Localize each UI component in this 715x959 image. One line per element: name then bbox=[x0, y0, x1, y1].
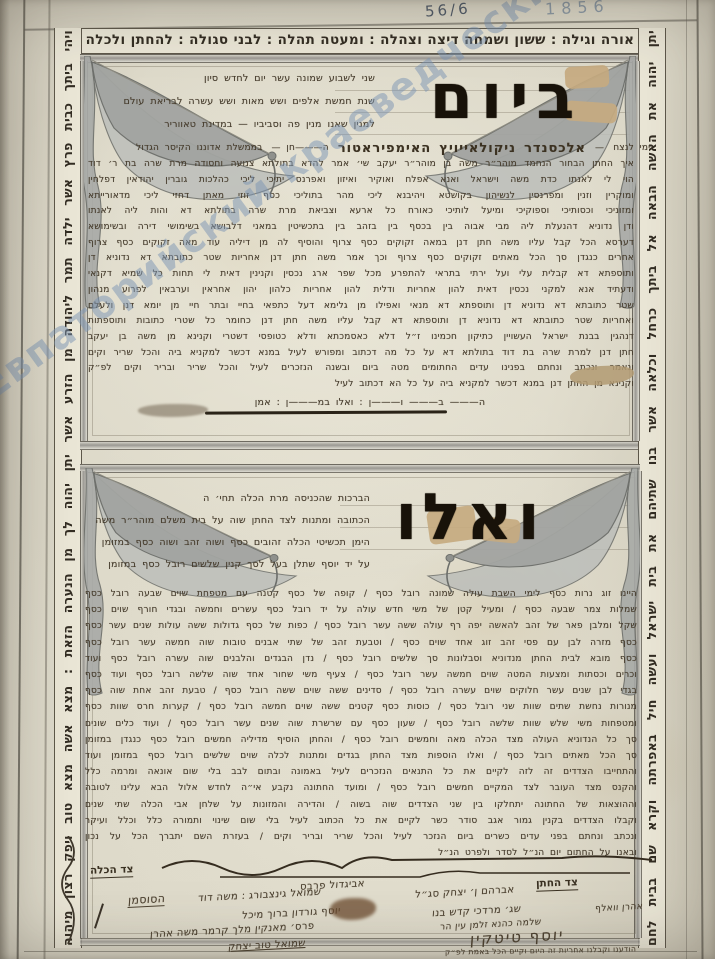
registrar-note: הודענו וקבלנו אחריות זה היום וקיים הכל ב… bbox=[445, 944, 636, 956]
intro-line: למנין שאנו מנין פה וסביביו — במדינת טאוו… bbox=[164, 118, 375, 131]
body-line: ודן נדוניא דהנעלת ליה מבי אבוה בין בכסף … bbox=[88, 221, 634, 234]
archive-mark-left: 56/6 bbox=[424, 0, 471, 21]
outer-rule-right-1 bbox=[696, 0, 703, 959]
border-band-right: יתן יהוה את האשה הבאה אל ביתך כרחל וכלאה… bbox=[638, 28, 666, 948]
body-line: הוי לי לאנתו כדת משה וישראל ואנא אפלח וא… bbox=[88, 174, 634, 187]
border-band-top: אורה וגילה : ששון ושמחה דיצה וצהלה : ומע… bbox=[54, 28, 666, 54]
ruler-dashes: — bbox=[595, 142, 604, 155]
label-groom-side: צד החתן bbox=[536, 876, 578, 891]
body-line: ומוקרין וזנין ומפרנסין לנשיהון בקושטא וי… bbox=[88, 190, 634, 203]
ruler-dashes: ה———חן — bbox=[272, 142, 329, 155]
emperor-name: אלכסנדר ניקולאייויץ האימפיראטור bbox=[338, 142, 586, 155]
body-line: ומטפחות משי שלש שוות שלשה רובל כסף / שעו… bbox=[85, 718, 637, 731]
intro-line: הכתובה ומתנות לצד החתן שוה על בית משלם מ… bbox=[95, 514, 370, 527]
body-line: ואחריות שטר כתובתא דא נדוניא דן ותוספתא … bbox=[88, 315, 634, 328]
ketubah-manuscript-page: אורה וגילה : ששון ושמחה דיצה וצהלה : ומע… bbox=[0, 0, 715, 959]
body-line: כסף מובא לבית החתן מנדוניא וסבלונות סך ש… bbox=[85, 653, 637, 666]
border-top-inscription: אורה וגילה : ששון ושמחה דיצה וצהלה : ומע… bbox=[54, 29, 666, 52]
intro-line: על יד יוסף שתלן בעל לסך קנין שלשים רובל … bbox=[108, 558, 370, 571]
body-line: וקבלו הצדדים בקנין גמור אגב סודר כשר לקי… bbox=[85, 815, 637, 828]
intro-line: הימן תכשיטי הכלה זהובים כסף ושוה זהב ושו… bbox=[102, 536, 370, 549]
body-line: סך הכל מאתים רובל כסף / ואלו הוספות מצד … bbox=[85, 750, 637, 763]
body-line: שקל ומלבן פאר של זהב להאשה יפה רף עולה ש… bbox=[85, 620, 637, 633]
intro-line: שני לשבוע שמונה עשר יום לחדש סיון bbox=[204, 72, 375, 85]
border-left-inscription: ויהי ביתך כבית פרץ אשר ילדה תמר ליהודה מ… bbox=[55, 30, 81, 946]
body-line: וכרים וכסתות ומצעות המטה שוים חמשה עשר ר… bbox=[85, 669, 637, 682]
ruler-suffix: ימי לנצח bbox=[613, 142, 650, 155]
body-line: וההוצאות של החתונה יתחלקו בין שני הצדדים… bbox=[85, 799, 637, 812]
section-divider-rail-a bbox=[80, 441, 638, 450]
body-line: ומזוניכי וכסותיכי וספוקיכי ומיעל לותיכי … bbox=[88, 205, 634, 218]
body-line: והקנס מצד העובר לצד המקיים חמשים רובל כס… bbox=[85, 782, 637, 795]
outer-rule-left-2 bbox=[43, 0, 50, 959]
body-line: חתן דנן למרת שרה בת דוד בתולתא דא על כל … bbox=[88, 347, 634, 360]
body-line: בגדי לבן שנים עשר חלוקים שוים עשרה רובל … bbox=[85, 685, 637, 698]
ruler-line: בממשלת אדוננו הקיסר הגדול ה———חן — אלכסנ… bbox=[92, 139, 628, 157]
closing-line: ה——— ב——— ו———ן : ואלו במ———ן : אמן bbox=[200, 396, 540, 409]
border-band-left: ויהי ביתך כבית פרץ אשר ילדה תמר ליהודה מ… bbox=[54, 28, 82, 948]
border-right-inscription: יתן יהוה את האשה הבאה אל ביתך כרחל וכלאה… bbox=[639, 30, 665, 946]
band-flourish bbox=[55, 836, 81, 946]
label-bride-side: צד הכלה bbox=[90, 863, 134, 879]
body-line: שטר כתובתא דא נדוניא דן ותוספתא דא מנאי … bbox=[88, 300, 634, 313]
body-line: ונכתב ונחתם בפני עדים כשרים ביום הנזכר ל… bbox=[85, 831, 637, 844]
body-line: מנורות נחשת שתים שוות שני רובל כסף / כוס… bbox=[85, 701, 637, 714]
body-line: דערסא הכל קבל עליו משה חתן דנן במאה זקוק… bbox=[88, 237, 634, 250]
intro-line: שנת חמשת אלפים ושש מאות ושש עשרה לבריאת … bbox=[124, 95, 375, 108]
body-line: אחרים כנגדן סך הכל מאתים זקוקים כסף צרוף… bbox=[88, 252, 634, 265]
body-line: היינו זוג נרות כסף לימי השבת עולה שמונה … bbox=[85, 588, 637, 601]
archive-mark-right: 1856 bbox=[545, 0, 611, 19]
closing-flourish bbox=[160, 850, 660, 882]
body-line: שמלות צמר שבעה כסף / ומעיל קטן של משי חד… bbox=[85, 604, 637, 617]
body-line: איך החתן הבחור הנחמד מוהר״ר משה בן מוהר״… bbox=[88, 158, 634, 171]
initial-word-veelu: ואלו bbox=[370, 472, 570, 568]
body-line: וקנינא מן החתן דנן במנא דכשר למקניא ביה … bbox=[88, 378, 634, 391]
ruler-prefix: בממשלת אדוננו הקיסר הגדול bbox=[136, 142, 263, 155]
photo-edge-shadow bbox=[0, 0, 10, 959]
outer-rule-left-1 bbox=[17, 0, 26, 959]
body-line: והתחייבו הצדדים זה לזה לקיים את כל התנאי… bbox=[85, 766, 637, 779]
intro-line: הברכות שהכניסה מרת הכלה תחי׳ ה bbox=[203, 492, 370, 505]
outer-rule-right-2 bbox=[686, 0, 687, 959]
signature: הסוסמן bbox=[128, 892, 166, 908]
body-line: ותוספתא דא קבלית עלי ועל ירתי בתראי להתפ… bbox=[88, 268, 634, 281]
body-line: ודעתיד אנא למקני נכסין דאית להון אחריות … bbox=[88, 284, 634, 297]
initial-word-beyom: ביום bbox=[381, 56, 631, 140]
body-line: סך כל הנדוניא העולה מצד הכלה מאה וחמשים … bbox=[85, 734, 637, 747]
body-line: ונאמר ונכתב ונחתם בפנינו עדים החתומים מט… bbox=[88, 362, 634, 375]
body-line: כסף מזרה לבן עם פסי זהב זוג אחד שוים כסף… bbox=[85, 637, 637, 650]
body-line: דנהגין בבנת ישראל העשויין כתיקון חכמינו … bbox=[88, 331, 634, 344]
